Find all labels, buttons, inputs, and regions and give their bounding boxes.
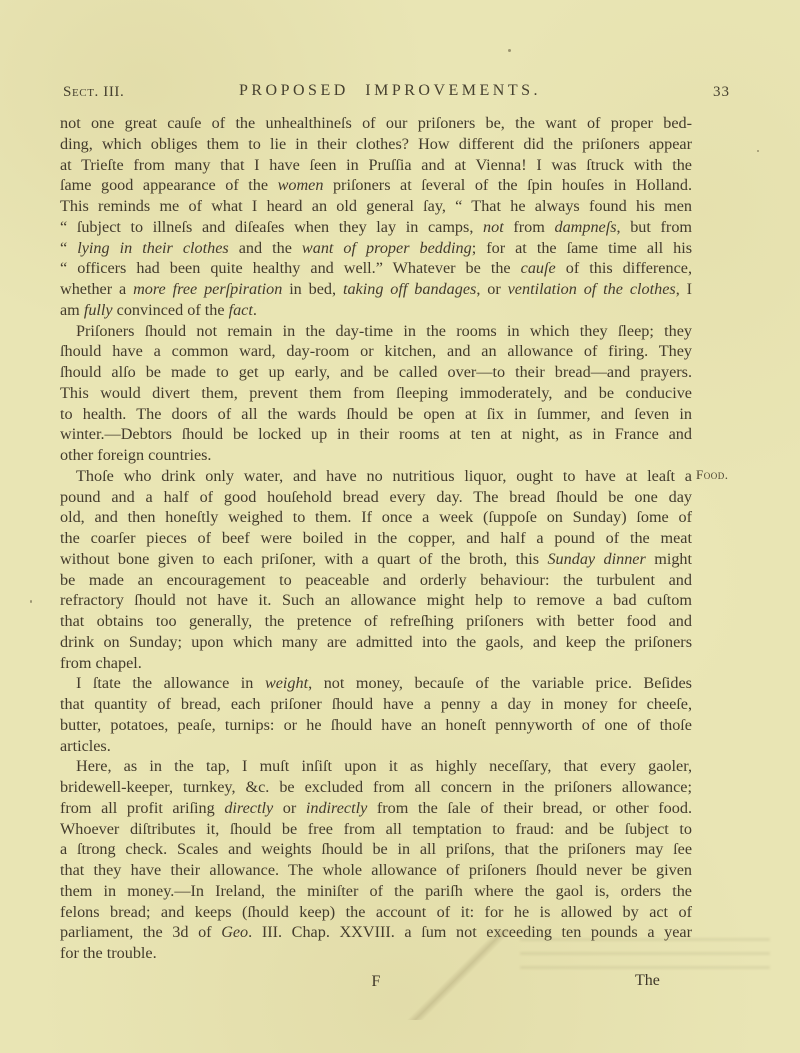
text-segment: “ — [60, 239, 77, 257]
text-line: Whoever diſtributes it, ſhould be free f… — [60, 819, 692, 840]
text-line: winter.—Debtors ſhould be locked up in t… — [60, 424, 692, 445]
text-segment: ; for at the ſame time all his — [472, 239, 692, 257]
text-segment: from — [504, 218, 555, 236]
text-segment: This would divert them, prevent them fro… — [60, 384, 692, 402]
text-segment: ding, which obliges them to lie in their… — [60, 135, 692, 153]
text-line: This reminds me of what I heard an old g… — [60, 196, 692, 217]
text-segment: , I — [676, 280, 692, 298]
text-line: I ſtate the allowance in weight, not mon… — [60, 673, 692, 694]
book-page: Sect. III. PROPOSED IMPROVEMENTS. 33 not… — [0, 0, 800, 1053]
text-line: ſame good appearance of the women priſon… — [60, 175, 692, 196]
text-line: butter, potatoes, peaſe, turnips: or he … — [60, 715, 692, 736]
text-segment: articles. — [60, 737, 111, 755]
running-title: PROPOSED IMPROVEMENTS. — [160, 82, 620, 100]
italic-text: indirectly — [306, 799, 367, 817]
text-segment: , or — [476, 280, 507, 298]
text-line: from chapel. — [60, 653, 692, 674]
text-line: a ſtrong check. Scales and weights ſhoul… — [60, 839, 692, 860]
text-segment: refractory ſhould not have it. Such an a… — [60, 591, 692, 609]
text-segment: butter, potatoes, peaſe, turnips: or he … — [60, 716, 692, 734]
text-line: pound and a half of good houſehold bread… — [60, 487, 692, 508]
italic-text: weight — [265, 674, 308, 692]
text-segment: “ officers had been quite healthy and we… — [60, 259, 521, 277]
text-segment: or — [273, 799, 306, 817]
text-line: “ lying in their clothes and the want of… — [60, 238, 692, 259]
italic-text: fully — [84, 301, 113, 319]
text-segment: Priſoners ſhould not remain in the day-t… — [76, 322, 692, 340]
text-line: “ officers had been quite healthy and we… — [60, 258, 692, 279]
paragraph: Thoſe who drink only water, and have no … — [60, 466, 692, 674]
paragraph: Here, as in the tap, I muſt inſiſt upon … — [60, 756, 692, 964]
text-line: ſhould have a common ward, day-room or k… — [60, 341, 692, 362]
paper-speck — [508, 49, 511, 52]
text-segment: priſoners at ſeveral of the ſpin houſes … — [323, 176, 692, 194]
italic-text: Geo — [221, 923, 248, 941]
text-segment: to health. The doors of all the wards ſh… — [60, 405, 692, 423]
italic-text: fact — [229, 301, 253, 319]
text-segment: whether a — [60, 280, 133, 298]
page-number: 33 — [713, 84, 730, 101]
text-segment: “ ſubject to illneſs and diſeaſes when t… — [60, 218, 483, 236]
text-line: that obtains too generally, the pretence… — [60, 611, 692, 632]
text-line: to health. The doors of all the wards ſh… — [60, 404, 692, 425]
italic-text: ventilation of the clothes — [508, 280, 676, 298]
text-segment: them in money.—In Ireland, the miniſter … — [60, 882, 692, 900]
italic-text: Sunday dinner — [547, 550, 645, 568]
text-line: be made an encouragement to peaceable an… — [60, 570, 692, 591]
text-line: Thoſe who drink only water, and have no … — [60, 466, 692, 487]
text-line: bridewell-keeper, turnkey, &c. be exclud… — [60, 777, 692, 798]
text-segment: , but from — [617, 218, 693, 236]
text-line: for the trouble. — [60, 943, 692, 964]
italic-text: taking off bandages — [343, 280, 476, 298]
italic-text: dampneſs — [554, 218, 616, 236]
text-segment: ſhould alſo be made to get up early, and… — [60, 363, 692, 381]
text-segment: , not money, becauſe of the variable pri… — [308, 674, 692, 692]
text-segment: at Trieſte from many that I have ſeen in… — [60, 156, 692, 174]
text-segment: of this difference, — [556, 259, 692, 277]
text-line: This would divert them, prevent them fro… — [60, 383, 692, 404]
text-segment: am — [60, 301, 84, 319]
text-line: at Trieſte from many that I have ſeen in… — [60, 155, 692, 176]
text-segment: . III. Chap. XXVIII. a ſum not exceeding… — [248, 923, 692, 941]
text-segment: from chapel. — [60, 654, 142, 672]
paper-speck — [757, 150, 759, 152]
text-segment: convinced of the — [113, 301, 229, 319]
paper-speck — [30, 600, 32, 603]
text-segment: that obtains too generally, the pretence… — [60, 612, 692, 630]
paragraph: I ſtate the allowance in weight, not mon… — [60, 673, 692, 756]
margin-note-food: Food. — [696, 467, 786, 483]
italic-text: want of proper bedding — [302, 239, 472, 257]
text-line: felons bread; and keeps (ſhould keep) th… — [60, 902, 692, 923]
italic-text: lying in their clothes — [77, 239, 228, 257]
text-segment: other foreign countries. — [60, 446, 211, 464]
text-segment: Thoſe who drink only water, and have no … — [76, 467, 692, 485]
page-header: Sect. III. PROPOSED IMPROVEMENTS. 33 — [60, 82, 740, 104]
text-segment: ſame good appearance of the — [60, 176, 278, 194]
text-segment: be made an encouragement to peaceable an… — [60, 571, 692, 589]
text-segment: I ſtate the allowance in — [76, 674, 265, 692]
text-line: Here, as in the tap, I muſt inſiſt upon … — [60, 756, 692, 777]
italic-text: cauſe — [521, 259, 556, 277]
text-line: old, and then honeſtly weighed to them. … — [60, 507, 692, 528]
text-segment: pound and a half of good houſehold bread… — [60, 488, 692, 506]
text-segment: the coarſer pieces of beef were boiled i… — [60, 529, 692, 547]
text-segment: parliament, the 3d of — [60, 923, 221, 941]
text-segment: bridewell-keeper, turnkey, &c. be exclud… — [60, 778, 692, 796]
text-line: articles. — [60, 736, 692, 757]
text-line: refractory ſhould not have it. Such an a… — [60, 590, 692, 611]
italic-text: not — [483, 218, 504, 236]
text-line: from all profit ariſing directly or indi… — [60, 798, 692, 819]
text-segment: for the trouble. — [60, 944, 157, 962]
text-segment: felons bread; and keeps (ſhould keep) th… — [60, 903, 692, 921]
text-segment: . — [253, 301, 257, 319]
text-line: ding, which obliges them to lie in their… — [60, 134, 692, 155]
text-line: Priſoners ſhould not remain in the day-t… — [60, 321, 692, 342]
text-segment: that they have their allowance. The whol… — [60, 861, 692, 879]
text-segment: without bone given to each priſoner, wit… — [60, 550, 547, 568]
catchword: The — [635, 972, 660, 990]
text-segment: might — [646, 550, 692, 568]
text-line: ſhould alſo be made to get up early, and… — [60, 362, 692, 383]
text-segment: old, and then honeſtly weighed to them. … — [60, 508, 692, 526]
text-line: parliament, the 3d of Geo. III. Chap. XX… — [60, 922, 692, 943]
text-line: other foreign countries. — [60, 445, 692, 466]
text-segment: winter.—Debtors ſhould be locked up in t… — [60, 425, 692, 443]
text-segment: from all profit ariſing — [60, 799, 224, 817]
italic-text: directly — [224, 799, 273, 817]
body-text: not one great cauſe of the unhealthineſs… — [60, 113, 692, 964]
text-line: not one great cauſe of the unhealthineſs… — [60, 113, 692, 134]
text-line: that quantity of bread, each priſoner ſh… — [60, 694, 692, 715]
text-segment: Here, as in the tap, I muſt inſiſt upon … — [76, 757, 692, 775]
signature-mark: F — [60, 973, 692, 991]
text-line: without bone given to each priſoner, wit… — [60, 549, 692, 570]
text-segment: Whoever diſtributes it, ſhould be free f… — [60, 820, 692, 838]
italic-text: more free perſpiration — [133, 280, 282, 298]
text-line: “ ſubject to illneſs and diſeaſes when t… — [60, 217, 692, 238]
text-segment: from the ſale of their bread, or other f… — [367, 799, 692, 817]
text-segment: This reminds me of what I heard an old g… — [60, 197, 692, 215]
text-line: that they have their allowance. The whol… — [60, 860, 692, 881]
italic-text: women — [278, 176, 324, 194]
text-segment: not one great cauſe of the unhealthineſs… — [60, 114, 692, 132]
text-line: them in money.—In Ireland, the miniſter … — [60, 881, 692, 902]
text-segment: a ſtrong check. Scales and weights ſhoul… — [60, 840, 692, 858]
text-segment: in bed, — [282, 280, 343, 298]
text-segment: ſhould have a common ward, day-room or k… — [60, 342, 692, 360]
text-line: the coarſer pieces of beef were boiled i… — [60, 528, 692, 549]
text-segment: and the — [229, 239, 302, 257]
section-label: Sect. III. — [63, 84, 124, 101]
paragraph: Priſoners ſhould not remain in the day-t… — [60, 321, 692, 466]
text-segment: drink on Sunday; upon which many are adm… — [60, 633, 692, 651]
text-line: am fully convinced of the fact. — [60, 300, 692, 321]
text-line: whether a more free perſpiration in bed,… — [60, 279, 692, 300]
text-segment: that quantity of bread, each priſoner ſh… — [60, 695, 692, 713]
paragraph: not one great cauſe of the unhealthineſs… — [60, 113, 692, 321]
text-line: drink on Sunday; upon which many are adm… — [60, 632, 692, 653]
